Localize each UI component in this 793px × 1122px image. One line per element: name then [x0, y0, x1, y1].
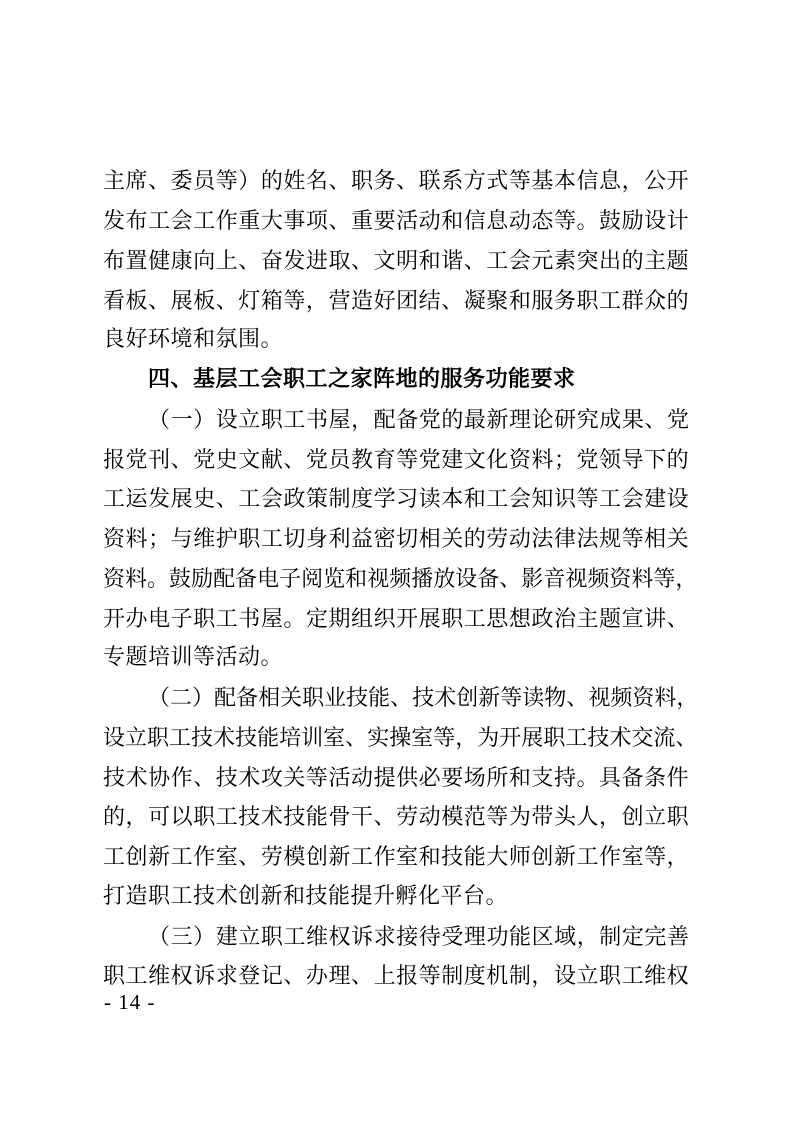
- page-number: - 14 -: [104, 990, 156, 1015]
- text-line: 良好环境和氛围。: [103, 319, 689, 359]
- paragraph-item-3: （三）建立职工维权诉求接待受理功能区域，制定完善职工维权诉求登记、办理、上报等制…: [103, 915, 689, 995]
- document-text: 主席、委员等）的姓名、职务、联系方式等基本信息，公开发布工会工作重大事项、重要活…: [103, 160, 689, 995]
- paragraph-continuation: 主席、委员等）的姓名、职务、联系方式等基本信息，公开发布工会工作重大事项、重要活…: [103, 160, 689, 359]
- section-heading-line: 四、基层工会职工之家阵地的服务功能要求: [103, 359, 689, 399]
- section-heading: 四、基层工会职工之家阵地的服务功能要求: [103, 359, 689, 399]
- text-line: 主席、委员等）的姓名、职务、联系方式等基本信息，公开: [103, 160, 689, 200]
- text-line: 发布工会工作重大事项、重要活动和信息动态等。鼓励设计: [103, 200, 689, 240]
- text-line: 设立职工技术技能培训室、实操室等，为开展职工技术交流、: [103, 717, 689, 757]
- text-line: 开办电子职工书屋。定期组织开展职工思想政治主题宣讲、: [103, 597, 689, 637]
- text-line: 布置健康向上、奋发进取、文明和谐、工会元素突出的主题: [103, 240, 689, 280]
- text-line: 打造职工技术创新和技能提升孵化平台。: [103, 876, 689, 916]
- text-line: （一）设立职工书屋，配备党的最新理论研究成果、党: [103, 399, 689, 439]
- text-line: 报党刊、党史文献、党员教育等党建文化资料；党领导下的: [103, 438, 689, 478]
- paragraph-item-2: （二）配备相关职业技能、技术创新等读物、视频资料，设立职工技术技能培训室、实操室…: [103, 677, 689, 916]
- text-line: 资料；与维护职工切身利益密切相关的劳动法律法规等相关: [103, 518, 689, 558]
- text-line: 职工维权诉求登记、办理、上报等制度机制，设立职工维权: [103, 955, 689, 995]
- text-line: 技术协作、技术攻关等活动提供必要场所和支持。具备条件: [103, 756, 689, 796]
- paragraph-item-1: （一）设立职工书屋，配备党的最新理论研究成果、党报党刊、党史文献、党员教育等党建…: [103, 399, 689, 677]
- document-page: 主席、委员等）的姓名、职务、联系方式等基本信息，公开发布工会工作重大事项、重要活…: [0, 0, 793, 1122]
- text-line: 专题培训等活动。: [103, 637, 689, 677]
- text-line: （三）建立职工维权诉求接待受理功能区域，制定完善: [103, 915, 689, 955]
- text-line: 看板、展板、灯箱等，营造好团结、凝聚和服务职工群众的: [103, 279, 689, 319]
- text-line: 工创新工作室、劳模创新工作室和技能大师创新工作室等，: [103, 836, 689, 876]
- text-line: 资料。鼓励配备电子阅览和视频播放设备、影音视频资料等，: [103, 558, 689, 598]
- text-line: 的，可以职工技术技能骨干、劳动模范等为带头人，创立职: [103, 796, 689, 836]
- text-line: （二）配备相关职业技能、技术创新等读物、视频资料，: [103, 677, 689, 717]
- text-line: 工运发展史、工会政策制度学习读本和工会知识等工会建设: [103, 478, 689, 518]
